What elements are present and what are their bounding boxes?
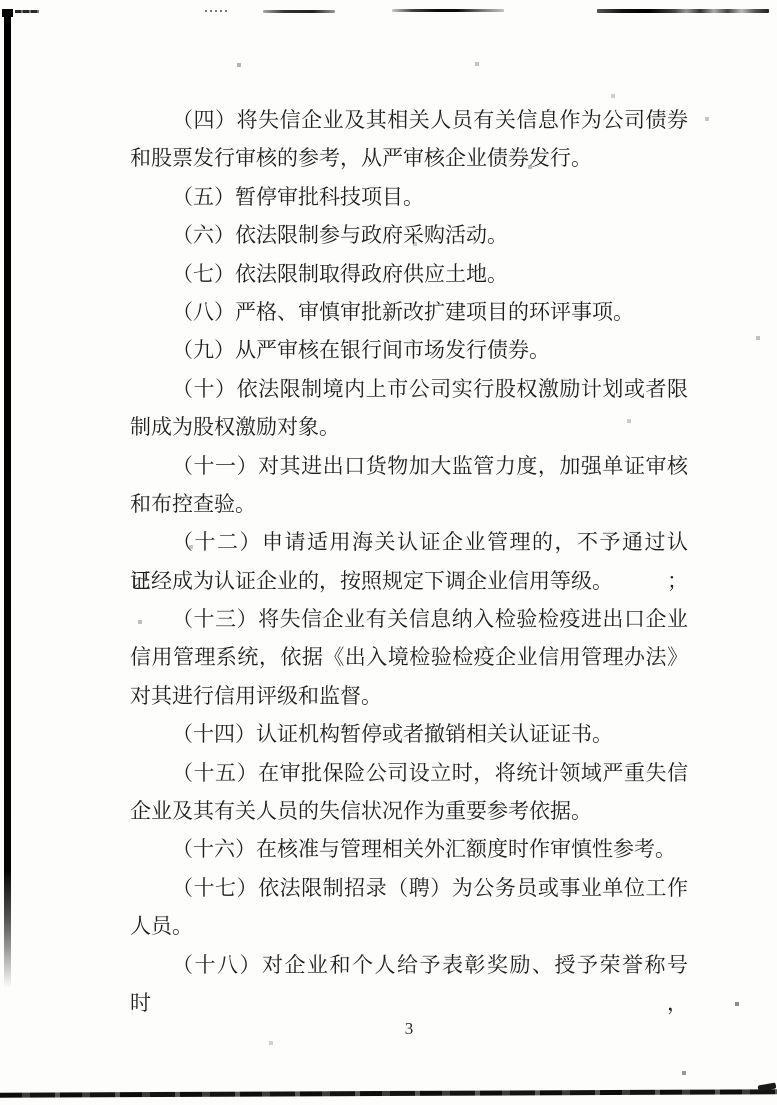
text-line: （十五）在审批保险公司设立时，将统计领域严重失信: [130, 754, 688, 792]
text-line: （十一）对其进出口货物加大监管力度，加强单证审核: [130, 447, 688, 485]
document-body: （四）将失信企业及其相关人员有关信息作为公司债券和股票发行审核的参考，从严审核企…: [130, 101, 688, 984]
text-line: （十七）依法限制招录（聘）为公务员或事业单位工作: [130, 869, 688, 907]
page-number: 3: [130, 1019, 688, 1039]
text-line: 人员。: [130, 907, 688, 945]
scan-edge-bottom: [0, 1089, 777, 1097]
text-line: （十二）申请适用海关认证企业管理的，不予通过认证；: [130, 523, 688, 561]
text-line: （四）将失信企业及其相关人员有关信息作为公司债券: [130, 101, 688, 139]
scan-mark-top-short: [263, 10, 335, 13]
text-line: 和布控查验。: [130, 485, 688, 523]
text-line: （五）暂停审批科技项目。: [130, 178, 688, 216]
scan-mark-top-left: [15, 10, 39, 13]
text-line: 信用管理系统，依据《出入境检验检疫企业信用管理办法》: [130, 638, 688, 676]
text-line: 对其进行信用评级和监督。: [130, 677, 688, 715]
text-line: （十）依法限制境内上市公司实行股权激励计划或者限: [130, 370, 688, 408]
text-line: （十八）对企业和个人给予表彰奖励、授予荣誉称号时，: [130, 946, 688, 984]
text-line: （八）严格、审慎审批新改扩建项目的环评事项。: [130, 293, 688, 331]
text-line: （六）依法限制参与政府采购活动。: [130, 216, 688, 254]
scan-corner-mark: [2, 9, 13, 17]
text-line: （十四）认证机构暂停或者撤销相关认证证书。: [130, 715, 688, 753]
text-line: （十六）在核准与管理相关外汇额度时作审慎性参考。: [130, 830, 688, 868]
scan-edge-left: [4, 10, 11, 988]
scan-noise-speckles: [0, 0, 2, 2]
text-line: 已经成为认证企业的，按照规定下调企业信用等级。: [130, 562, 688, 600]
text-line: （七）依法限制取得政府供应土地。: [130, 255, 688, 293]
scan-mark-top-middle: [392, 9, 504, 12]
text-line: （十三）将失信企业有关信息纳入检验检疫进出口企业: [130, 600, 688, 638]
text-line: 制成为股权激励对象。: [130, 408, 688, 446]
text-line: （九）从严审核在银行间市场发行债券。: [130, 331, 688, 369]
scanned-document-page: （四）将失信企业及其相关人员有关信息作为公司债券和股票发行审核的参考，从严审核企…: [0, 0, 777, 1105]
text-line: 企业及其有关人员的失信状况作为重要参考依据。: [130, 792, 688, 830]
scan-mark-top-right: [597, 9, 769, 13]
scan-mark-top-dotted: [205, 10, 230, 12]
text-line: 和股票发行审核的参考，从严审核企业债券发行。: [130, 139, 688, 177]
